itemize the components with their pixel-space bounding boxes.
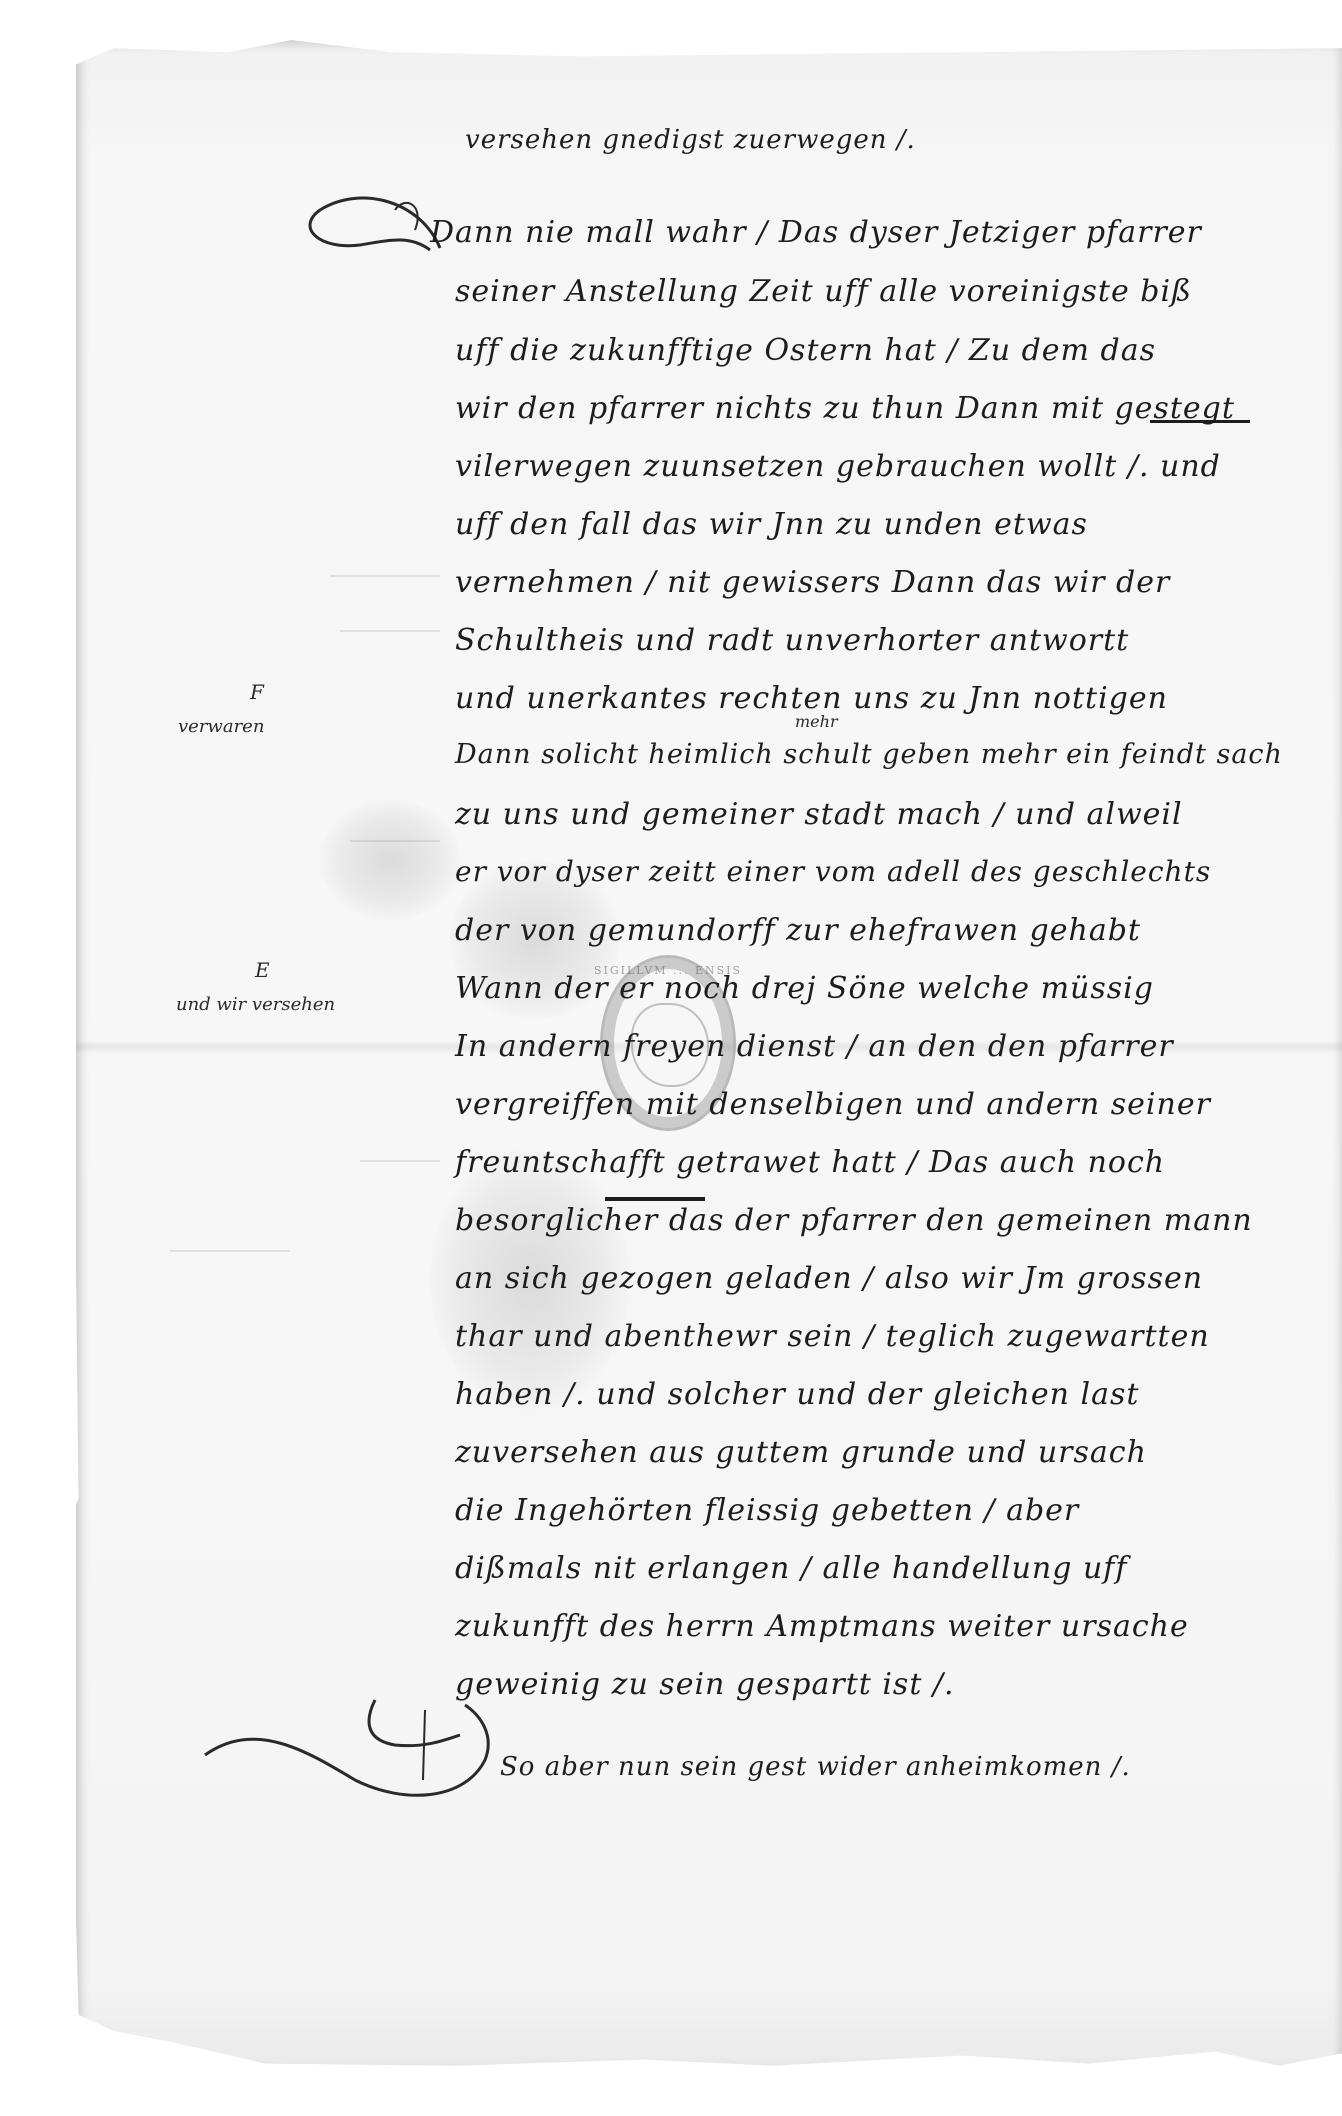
- text-line: seiner Anstellung Zeit uff alle voreinig…: [455, 274, 1192, 309]
- margin-reference-mark: E: [255, 958, 270, 982]
- text-line: Dann nie mall wahr / Das dyser Jetziger …: [430, 215, 1202, 250]
- text-line: thar und abenthewr sein / teglich zugewa…: [455, 1319, 1210, 1354]
- text-line: versehen gnedigst zuerwegen /.: [465, 125, 916, 155]
- scan-background: SIGILLVM ... ENSIS versehen gnedigst zue…: [0, 0, 1342, 2116]
- margin-note: verwaren: [178, 716, 264, 737]
- margin-reference-mark: F: [250, 680, 264, 704]
- text-line: zu uns und gemeiner stadt mach / und alw…: [455, 797, 1183, 832]
- text-line: Dann solicht heimlich schult geben mehr …: [455, 739, 1283, 770]
- bleed-through: [340, 630, 440, 632]
- text-line: Schultheis und radt unverhorter antwortt: [455, 623, 1129, 658]
- text-line: haben /. und solcher und der gleichen la…: [455, 1377, 1139, 1412]
- text-line: besorglicher das der pfarrer den gemeine…: [455, 1203, 1253, 1238]
- text-line: an sich gezogen geladen / also wir Jm gr…: [455, 1261, 1203, 1296]
- text-line: freuntschafft getrawet hatt / Das auch n…: [455, 1145, 1165, 1180]
- text-line: geweinig zu sein gespartt ist /.: [455, 1667, 955, 1702]
- strike-through: [1150, 420, 1250, 423]
- bleed-through: [360, 1160, 440, 1162]
- text-line: uff den fall das wir Jnn zu unden etwas: [455, 507, 1088, 542]
- text-line: dißmals nit erlangen / alle handellung u…: [455, 1551, 1128, 1586]
- text-line: und unerkantes rechten uns zu Jnn nottig…: [455, 681, 1168, 716]
- text-line: vernehmen / nit gewissers Dann das wir d…: [455, 565, 1170, 600]
- bleed-through: [330, 575, 440, 577]
- text-line: Wann der er noch drej Söne welche müssig: [455, 971, 1154, 1006]
- strike-through: [605, 1197, 705, 1201]
- margin-note: und wir versehen: [176, 994, 335, 1015]
- text-line: uff die zukunfftige Ostern hat / Zu dem …: [455, 333, 1156, 368]
- text-line: der von gemundorff zur ehefrawen gehabt: [455, 913, 1141, 948]
- text-line: vergreiffen mit denselbigen und andern s…: [455, 1087, 1211, 1122]
- bleed-through: [170, 1250, 290, 1252]
- text-line: So aber nun sein gest wider anheimkomen …: [500, 1752, 1131, 1782]
- text-line: wir den pfarrer nichts zu thun Dann mit …: [455, 391, 1235, 426]
- bleed-through: [350, 840, 440, 842]
- text-line: zuversehen aus guttem grunde und ursach: [455, 1435, 1147, 1470]
- text-line: die Ingehörten fleissig gebetten / aber: [455, 1493, 1079, 1528]
- text-line: In andern freyen dienst / an den den pfa…: [455, 1029, 1174, 1064]
- interlinear-insertion: mehr: [795, 712, 838, 731]
- text-line: er vor dyser zeitt einer vom adell des g…: [455, 855, 1211, 888]
- text-line: vilerwegen zuunsetzen gebrauchen wollt /…: [455, 449, 1221, 484]
- text-line: zukunfft des herrn Amptmans weiter ursac…: [455, 1609, 1189, 1644]
